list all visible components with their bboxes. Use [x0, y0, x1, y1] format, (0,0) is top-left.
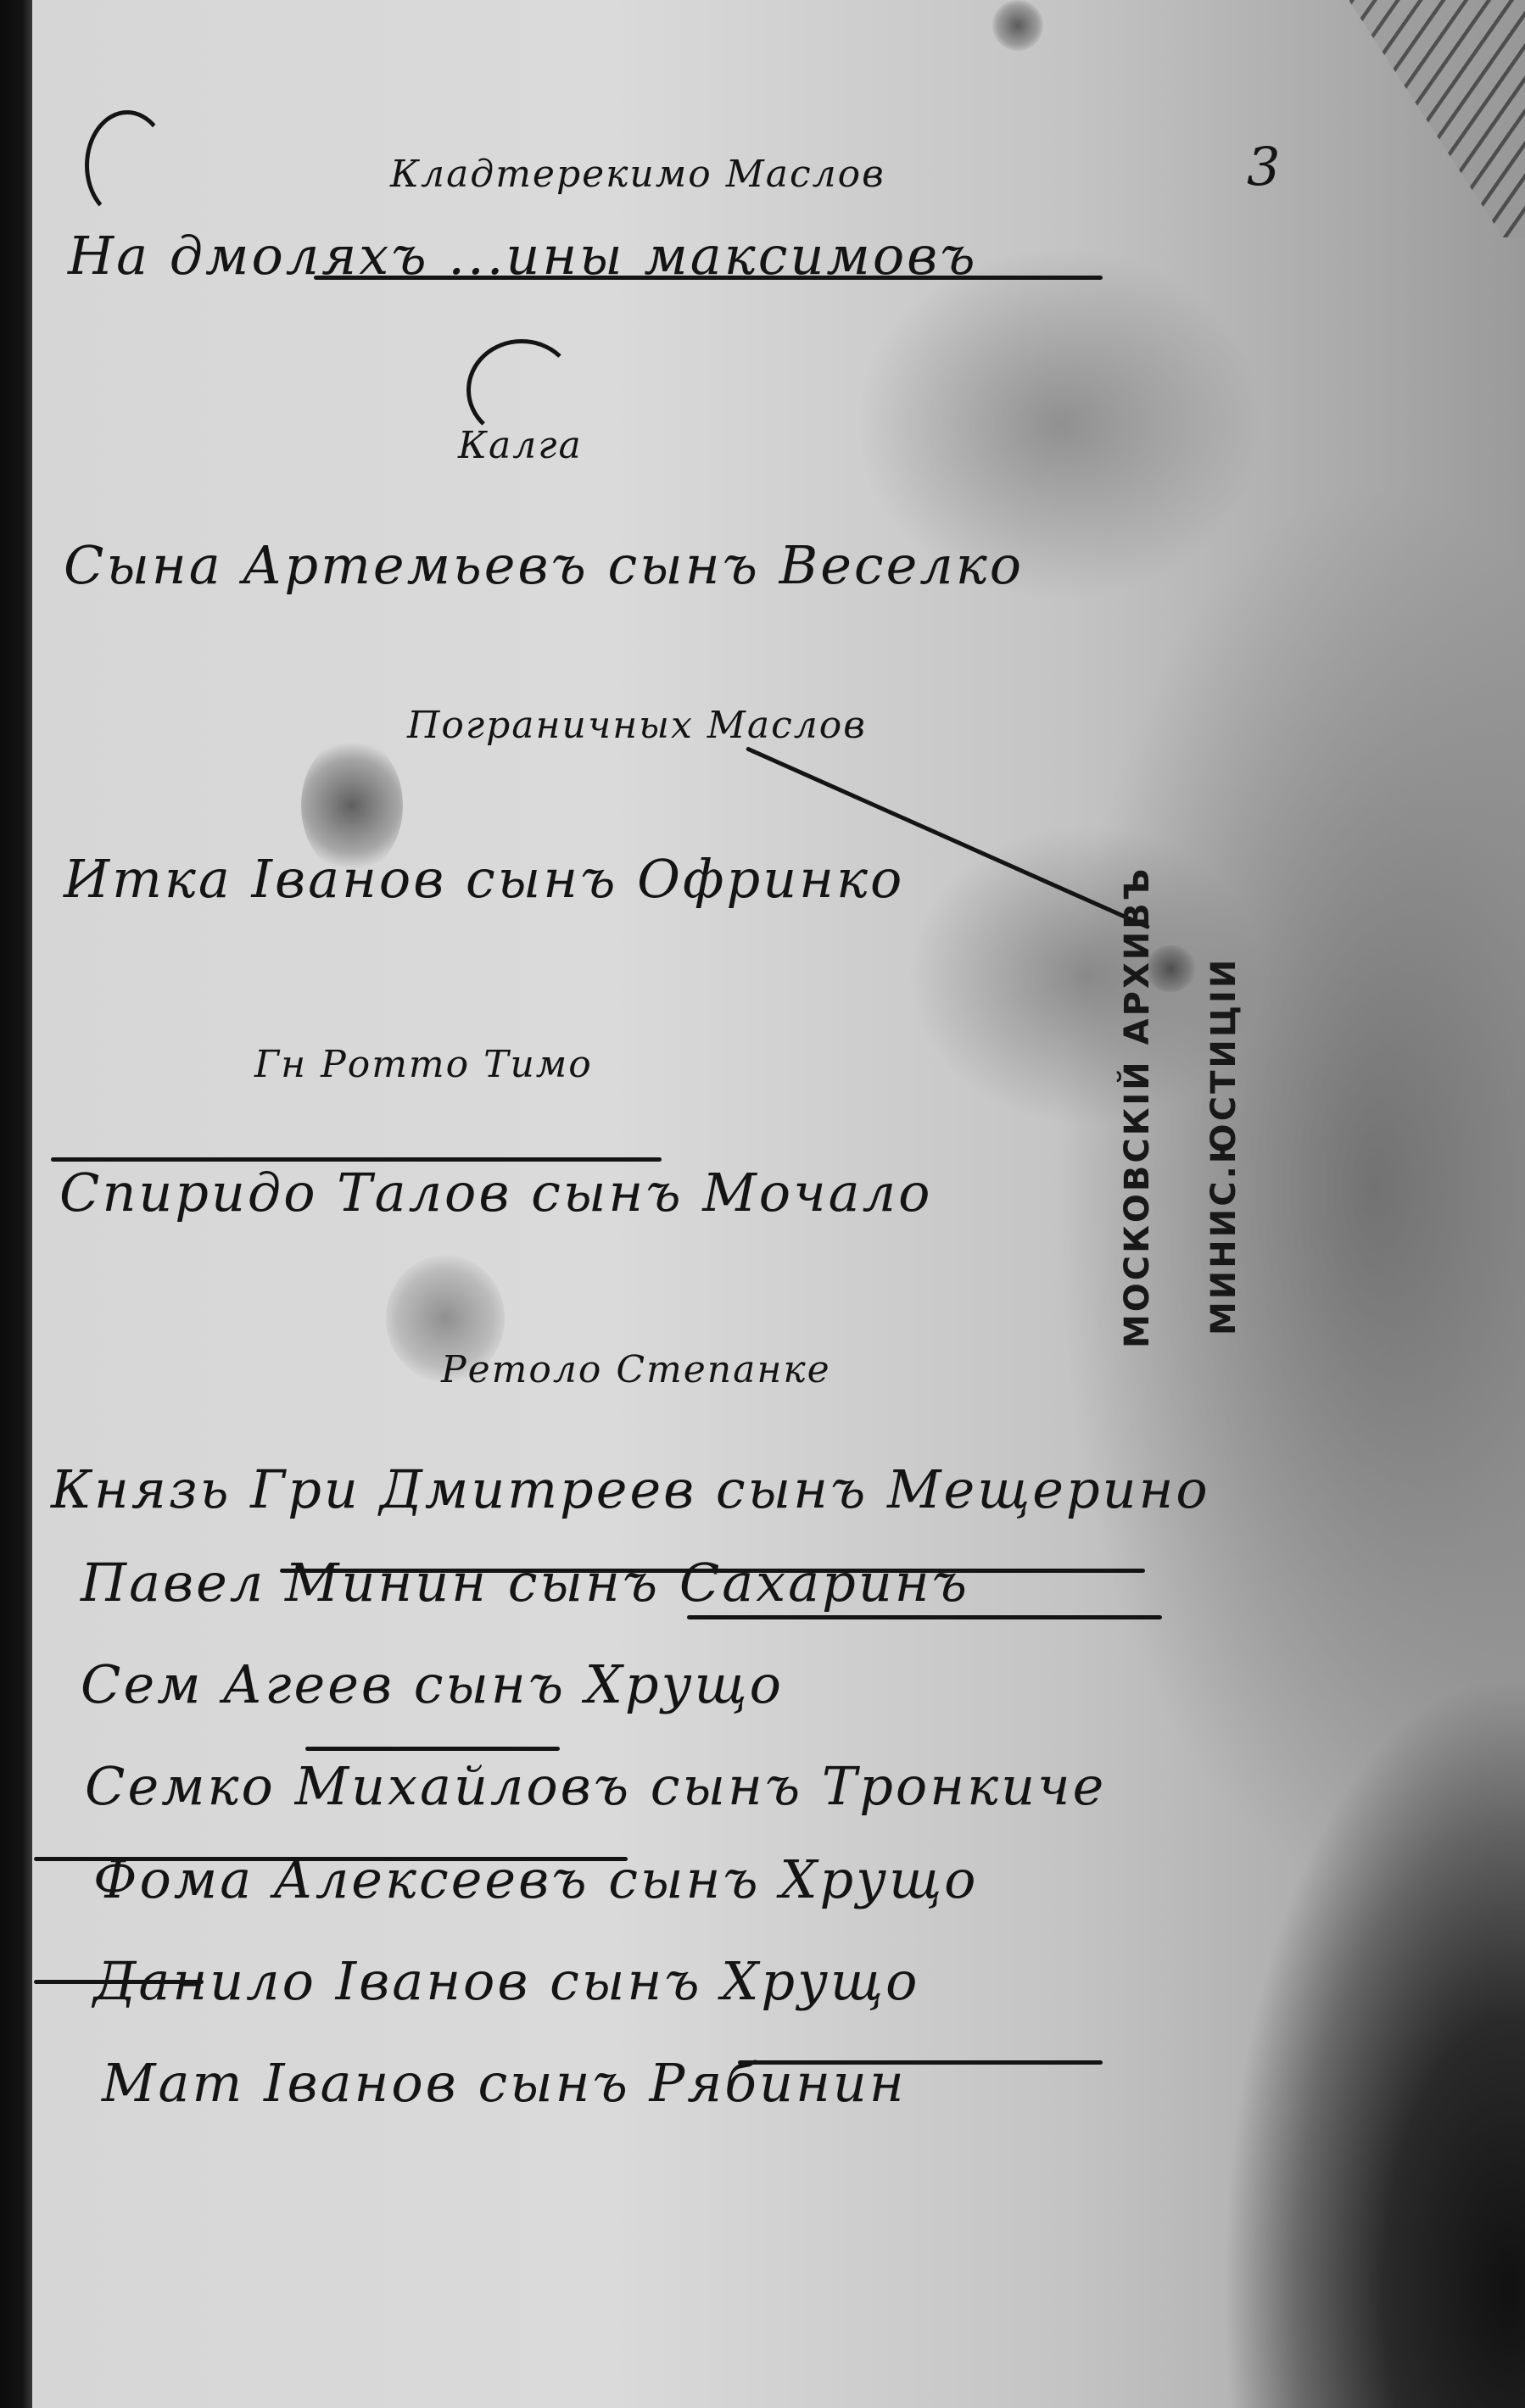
entry-line: Данило Іванов сынъ Хрущо	[93, 1950, 919, 2012]
entry-superscript: Калга	[458, 424, 583, 467]
entry-line: Итка Іванов сынъ Офринко	[64, 848, 904, 910]
entry-line: Князь Гри Дмитреев сынъ Мещерино	[51, 1458, 1210, 1520]
initial-flourish	[85, 110, 170, 220]
archive-stamp-line-2: МИНИС.ЮСТИЦІИ	[1204, 957, 1243, 1335]
entry-superscript: Гн Ротто Тимо	[254, 1043, 593, 1086]
underline-stroke	[34, 1857, 628, 1861]
archive-stamp-line-1: МОСКОВСКІЙ АРХИВЪ	[1118, 867, 1157, 1348]
entry-line: Семко Михайловъ сынъ Тронкиче	[85, 1755, 1106, 1817]
underline-stroke	[51, 1157, 662, 1162]
entry-superscript: Ретоло Степанке	[441, 1348, 831, 1391]
underline-stroke	[738, 2060, 1103, 2065]
entry-line: Сем Агеев сынъ Хрущо	[81, 1653, 784, 1715]
entry-line: Сына Артемьевъ сынъ Веселко	[64, 534, 1024, 596]
entry-line: Павел Минин сынъ Сахаринъ	[81, 1552, 969, 1614]
underline-stroke	[280, 1569, 1145, 1573]
page-number: 3	[1247, 136, 1280, 198]
entry-superscript: Кладтерекимо Маслов	[390, 153, 885, 196]
entry-superscript: Пограничных Маслов	[407, 704, 867, 747]
manuscript-page: 3 Кладтерекимо Маслов На дмоляхъ ...ины …	[0, 0, 1525, 2408]
underline-stroke	[687, 1615, 1162, 1619]
underline-stroke	[305, 1747, 560, 1751]
underline-stroke	[34, 1980, 204, 1984]
ink-stain	[992, 0, 1043, 51]
binding-edge	[0, 0, 32, 2408]
entry-line: Спиридо Талов сынъ Мочало	[59, 1162, 932, 1224]
folded-corner	[1304, 0, 1525, 237]
underline-stroke	[314, 276, 1103, 280]
